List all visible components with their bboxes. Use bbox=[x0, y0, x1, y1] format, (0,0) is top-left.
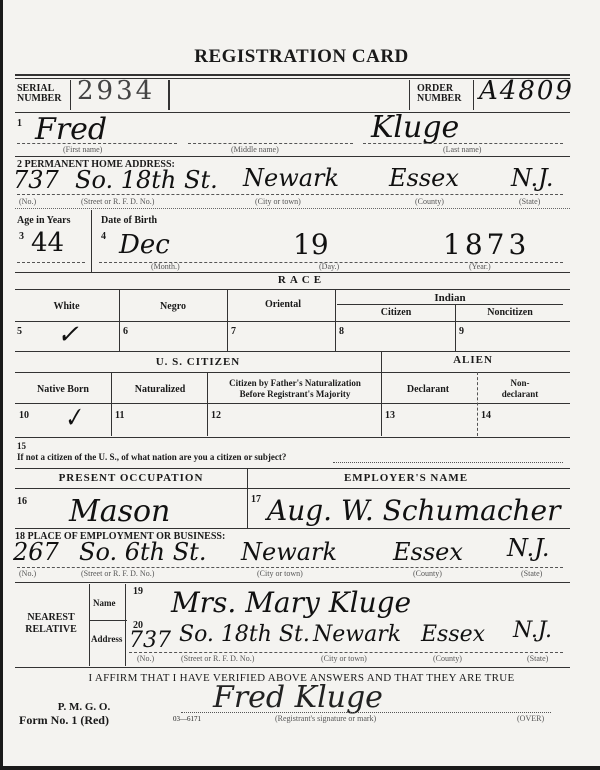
alien-header: ALIEN bbox=[383, 354, 563, 366]
nation-question: If not a citizen of the U. S., of what n… bbox=[17, 452, 286, 462]
field-number: 5 bbox=[17, 326, 22, 337]
divider bbox=[409, 80, 410, 110]
order-number-value: A4809 bbox=[479, 76, 574, 106]
relative-address-city: Newark bbox=[313, 622, 401, 647]
field-number: 17 bbox=[251, 494, 261, 505]
native-born-label: Native Born bbox=[15, 385, 111, 395]
occupation-header: PRESENT OCCUPATION bbox=[15, 472, 247, 484]
field-number: 12 bbox=[211, 410, 221, 421]
field-number: 16 bbox=[17, 496, 27, 507]
pmgo-label: P. M. G. O. bbox=[19, 701, 149, 713]
divider bbox=[207, 372, 208, 436]
age-value: 44 bbox=[31, 228, 64, 258]
field-number: 7 bbox=[231, 326, 236, 337]
caption: (County) bbox=[413, 569, 442, 578]
divider bbox=[111, 372, 112, 436]
nation-line bbox=[333, 462, 563, 463]
divider bbox=[15, 488, 570, 489]
caption: (Month.) bbox=[151, 262, 180, 271]
declarant-label: Declarant bbox=[383, 385, 473, 395]
last-name-caption: (Last name) bbox=[443, 145, 481, 154]
divider bbox=[168, 80, 170, 110]
over-label: (OVER) bbox=[517, 714, 544, 723]
field-number: 13 bbox=[385, 410, 395, 421]
divider bbox=[15, 372, 570, 373]
divider bbox=[89, 584, 90, 666]
dob-label: Date of Birth bbox=[101, 216, 157, 226]
employment-state: N.J. bbox=[507, 534, 549, 562]
caption: (City or town) bbox=[321, 654, 367, 663]
caption: (No.) bbox=[137, 654, 154, 663]
dob-day: 19 bbox=[293, 228, 329, 261]
divider bbox=[15, 351, 570, 352]
relative-address-state: N.J. bbox=[513, 618, 552, 643]
divider bbox=[70, 80, 71, 110]
home-address-city: Newark bbox=[243, 164, 339, 192]
occupation-value: Mason bbox=[69, 494, 170, 529]
last-name-value: Kluge bbox=[371, 110, 459, 145]
caption: (City or town) bbox=[257, 569, 303, 578]
naturalized-label: Naturalized bbox=[113, 385, 207, 395]
divider bbox=[15, 437, 570, 438]
race-white-checkmark: ✓ bbox=[57, 320, 79, 350]
employment-no: 267 bbox=[13, 538, 59, 566]
divider bbox=[15, 321, 570, 322]
caption: (Street or R. F. D. No.) bbox=[181, 654, 254, 663]
employer-header: EMPLOYER'S NAME bbox=[249, 472, 563, 484]
home-address-county: Essex bbox=[389, 164, 459, 192]
divider bbox=[335, 289, 336, 351]
employment-city: Newark bbox=[241, 538, 337, 566]
divider bbox=[15, 156, 570, 157]
registration-card: REGISTRATION CARD SERIAL NUMBER 2934 ORD… bbox=[3, 0, 600, 766]
caption: (State) bbox=[521, 569, 542, 578]
card-title: REGISTRATION CARD bbox=[3, 46, 600, 68]
divider bbox=[15, 582, 570, 583]
address-line bbox=[17, 567, 563, 568]
relative-name-value: Mrs. Mary Kluge bbox=[171, 586, 411, 619]
relative-address-county: Essex bbox=[421, 622, 485, 647]
caption: (No.) bbox=[19, 569, 36, 578]
fathers-naturalization-label: Citizen by Father's Naturalization Befor… bbox=[209, 378, 381, 400]
signature-line bbox=[181, 712, 551, 713]
signature-caption: (Registrant's signature or mark) bbox=[275, 714, 376, 723]
divider bbox=[119, 289, 120, 351]
home-address-state: N.J. bbox=[511, 164, 553, 192]
divider bbox=[455, 304, 456, 351]
home-address-no: 737 bbox=[13, 166, 59, 194]
caption: (County) bbox=[433, 654, 462, 663]
divider bbox=[125, 584, 126, 666]
divider bbox=[381, 351, 382, 436]
employment-county: Essex bbox=[393, 538, 463, 566]
field-number: 8 bbox=[339, 326, 344, 337]
dob-month: Dec bbox=[119, 230, 170, 260]
dob-year: 1873 bbox=[443, 228, 530, 261]
serial-number-label: SERIAL NUMBER bbox=[17, 84, 61, 104]
caption: (State) bbox=[519, 197, 540, 206]
field-number: 11 bbox=[115, 410, 124, 421]
divider bbox=[337, 304, 563, 305]
form-number: Form No. 1 (Red) bbox=[19, 713, 109, 728]
serial-number-value: 2934 bbox=[77, 76, 155, 106]
first-name-line bbox=[17, 143, 177, 144]
divider bbox=[247, 468, 248, 528]
divider bbox=[15, 667, 570, 668]
race-indian-citizen-label: Citizen bbox=[337, 308, 455, 318]
employer-value: Aug. W. Schumacher bbox=[267, 494, 561, 527]
home-address-street: So. 18th St. bbox=[75, 166, 218, 194]
divider bbox=[91, 210, 92, 272]
relative-address-no: 737 bbox=[129, 628, 171, 653]
caption: (Year.) bbox=[469, 262, 491, 271]
last-name-line bbox=[363, 143, 563, 144]
field-number: 3 bbox=[19, 231, 24, 242]
relative-address-street: So. 18th St. bbox=[179, 622, 310, 647]
divider bbox=[15, 468, 570, 469]
field-number: 15 bbox=[17, 441, 26, 451]
registrant-signature: Fred Kluge bbox=[213, 680, 383, 715]
race-negro-label: Negro bbox=[119, 302, 227, 312]
divider bbox=[89, 620, 127, 621]
caption: (County) bbox=[415, 197, 444, 206]
divider bbox=[15, 528, 570, 529]
us-citizen-header: U. S. CITIZEN bbox=[15, 356, 381, 368]
divider bbox=[227, 289, 228, 351]
relative-name-label: Name bbox=[93, 598, 116, 608]
employment-street: So. 6th St. bbox=[79, 538, 206, 566]
caption: (Street or R. F. D. No.) bbox=[81, 569, 154, 578]
field-number: 1 bbox=[17, 118, 22, 129]
middle-name-line bbox=[188, 143, 353, 144]
order-number-label: ORDER NUMBER bbox=[417, 84, 461, 104]
caption: (No.) bbox=[19, 197, 36, 206]
native-born-checkmark: ✓ bbox=[60, 402, 87, 434]
field-number: 9 bbox=[459, 326, 464, 337]
field-number: 19 bbox=[133, 586, 143, 597]
race-oriental-label: Oriental bbox=[229, 300, 337, 310]
field-number: 4 bbox=[101, 231, 106, 242]
divider bbox=[15, 289, 570, 290]
field-number: 14 bbox=[481, 410, 491, 421]
divider bbox=[473, 80, 474, 110]
race-indian-label: Indian bbox=[337, 293, 563, 303]
caption: (City or town) bbox=[255, 197, 301, 206]
divider bbox=[15, 208, 570, 209]
divider bbox=[477, 372, 478, 436]
caption: (Day.) bbox=[319, 262, 339, 271]
race-indian-noncitizen-label: Noncitizen bbox=[457, 308, 563, 318]
address-line bbox=[17, 194, 563, 195]
nearest-relative-label: NEAREST RELATIVE bbox=[15, 612, 87, 636]
relative-address-label: Address bbox=[91, 634, 122, 644]
age-label: Age in Years bbox=[17, 216, 71, 226]
race-header: RACE bbox=[3, 274, 600, 286]
race-white-label: White bbox=[15, 302, 118, 312]
nondeclarant-label: Non- declarant bbox=[475, 378, 565, 400]
field-number: 6 bbox=[123, 326, 128, 337]
divider bbox=[15, 403, 570, 404]
caption: (Street or R. F. D. No.) bbox=[81, 197, 154, 206]
address-line bbox=[129, 652, 563, 653]
middle-name-caption: (Middle name) bbox=[231, 145, 279, 154]
divider bbox=[15, 272, 570, 273]
first-name-value: Fred bbox=[35, 112, 107, 147]
first-name-caption: (First name) bbox=[63, 145, 102, 154]
caption: (State) bbox=[527, 654, 548, 663]
print-code: 03—6171 bbox=[173, 715, 201, 723]
field-number: 10 bbox=[19, 410, 29, 421]
age-line bbox=[17, 262, 85, 263]
